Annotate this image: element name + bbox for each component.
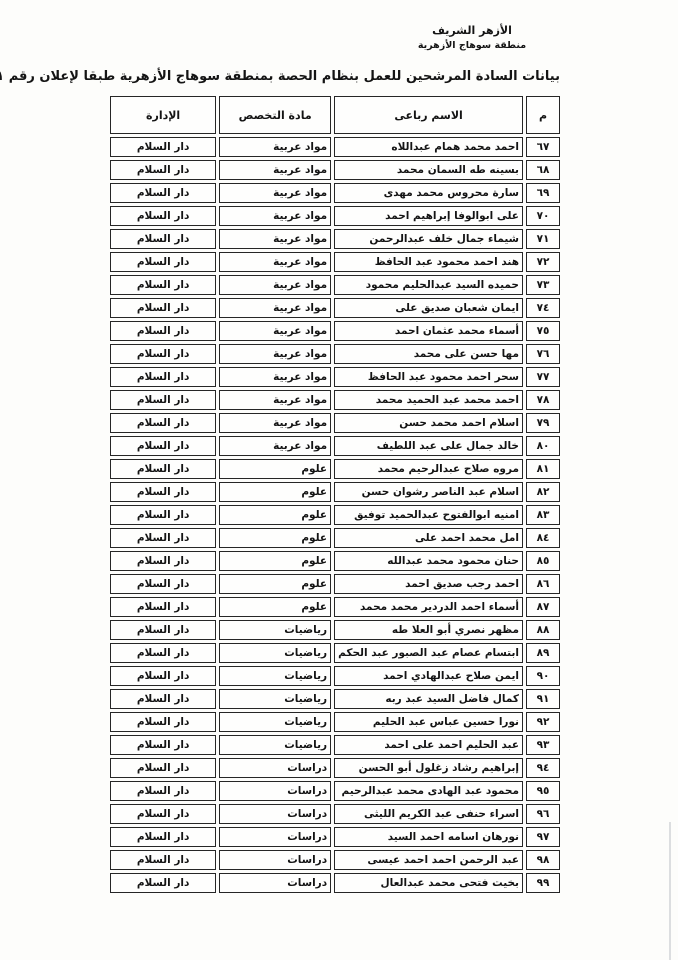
cell-administration: دار السلام (110, 413, 216, 433)
document-title: بيانات السادة المرشحين للعمل بنظام الحصة… (0, 69, 560, 84)
letterhead: الأزهر الشريف منطقة سوهاج الأزهرية (412, 24, 532, 51)
cell-row-number: ٩٧ (526, 827, 560, 847)
cell-specialization-subject: علوم (219, 574, 331, 594)
table-row: ٧١ شيماء جمال خلف عبدالرحمن مواد عربية د… (110, 229, 560, 249)
cell-candidate-name: نورهان اسامه احمد السيد (334, 827, 523, 847)
cell-candidate-name: هند احمد محمود عبد الحافظ (334, 252, 523, 272)
cell-row-number: ٩٨ (526, 850, 560, 870)
cell-administration: دار السلام (110, 275, 216, 295)
cell-candidate-name: بسينه طه السمان محمد (334, 160, 523, 180)
table-row: ٧٠ على ابوالوفا إبراهيم احمد مواد عربية … (110, 206, 560, 226)
cell-administration: دار السلام (110, 367, 216, 387)
cell-specialization-subject: دراسات (219, 827, 331, 847)
table-row: ٨٥ حنان محمود محمد عبدالله علوم دار السل… (110, 551, 560, 571)
cell-row-number: ٨٢ (526, 482, 560, 502)
cell-row-number: ٨٧ (526, 597, 560, 617)
cell-candidate-name: اسلام عبد الناصر رشوان حسن (334, 482, 523, 502)
table-row: ٩٨ عبد الرحمن احمد احمد عيسى دراسات دار … (110, 850, 560, 870)
table-row: ٧٣ حميده السيد عبدالحليم محمود مواد عربي… (110, 275, 560, 295)
cell-row-number: ٩١ (526, 689, 560, 709)
cell-row-number: ٨٦ (526, 574, 560, 594)
cell-specialization-subject: مواد عربية (219, 137, 331, 157)
cell-candidate-name: ايمن صلاح عبدالهادي احمد (334, 666, 523, 686)
cell-candidate-name: محمود عبد الهادى محمد عبدالرحيم (334, 781, 523, 801)
table-row: ٩١ كمال فاضل السيد عبد ربه رياضيات دار ا… (110, 689, 560, 709)
cell-specialization-subject: مواد عربية (219, 252, 331, 272)
cell-candidate-name: شيماء جمال خلف عبدالرحمن (334, 229, 523, 249)
cell-candidate-name: احمد محمد عبد الحميد محمد (334, 390, 523, 410)
cell-row-number: ٧٦ (526, 344, 560, 364)
cell-specialization-subject: مواد عربية (219, 298, 331, 318)
table-row: ٨٣ امنيه ابوالفتوح عبدالحميد توفيق علوم … (110, 505, 560, 525)
cell-row-number: ٨٨ (526, 620, 560, 640)
cell-specialization-subject: دراسات (219, 804, 331, 824)
cell-row-number: ٧٧ (526, 367, 560, 387)
cell-candidate-name: أسماء محمد عثمان احمد (334, 321, 523, 341)
cell-administration: دار السلام (110, 689, 216, 709)
cell-candidate-name: سحر احمد محمود عبد الحافظ (334, 367, 523, 387)
cell-row-number: ٧٥ (526, 321, 560, 341)
cell-administration: دار السلام (110, 344, 216, 364)
cell-candidate-name: أسماء احمد الدردير محمد محمد (334, 597, 523, 617)
table-header: م الاسم رباعى مادة التخصص الإدارة (110, 96, 560, 134)
cell-candidate-name: كمال فاضل السيد عبد ربه (334, 689, 523, 709)
cell-specialization-subject: دراسات (219, 758, 331, 778)
cell-row-number: ٩٠ (526, 666, 560, 686)
cell-administration: دار السلام (110, 482, 216, 502)
cell-candidate-name: حميده السيد عبدالحليم محمود (334, 275, 523, 295)
table-row: ٩٧ نورهان اسامه احمد السيد دراسات دار ال… (110, 827, 560, 847)
cell-specialization-subject: علوم (219, 505, 331, 525)
cell-administration: دار السلام (110, 252, 216, 272)
cell-specialization-subject: رياضيات (219, 735, 331, 755)
cell-administration: دار السلام (110, 781, 216, 801)
cell-row-number: ٨٤ (526, 528, 560, 548)
table-row: ٧٩ اسلام احمد محمد حسن مواد عربية دار ال… (110, 413, 560, 433)
scanned-document-page: الأزهر الشريف منطقة سوهاج الأزهرية بيانا… (0, 0, 678, 960)
cell-specialization-subject: دراسات (219, 873, 331, 893)
cell-candidate-name: عبد الحليم احمد على احمد (334, 735, 523, 755)
cell-candidate-name: مروه صلاح عبدالرحيم محمد (334, 459, 523, 479)
cell-row-number: ٩٤ (526, 758, 560, 778)
cell-candidate-name: امل محمد احمد على (334, 528, 523, 548)
table-row: ٩٠ ايمن صلاح عبدالهادي احمد رياضيات دار … (110, 666, 560, 686)
cell-candidate-name: احمد محمد همام عبداللاه (334, 137, 523, 157)
cell-specialization-subject: مواد عربية (219, 206, 331, 226)
table-row: ٨٢ اسلام عبد الناصر رشوان حسن علوم دار ا… (110, 482, 560, 502)
table-row: ٨٦ احمد رجب صديق احمد علوم دار السلام (110, 574, 560, 594)
cell-specialization-subject: رياضيات (219, 666, 331, 686)
cell-administration: دار السلام (110, 850, 216, 870)
column-header-name: الاسم رباعى (334, 96, 523, 134)
table-row: ٧٤ ايمان شعبان صديق على مواد عربية دار ا… (110, 298, 560, 318)
cell-specialization-subject: مواد عربية (219, 321, 331, 341)
table-row: ٧٥ أسماء محمد عثمان احمد مواد عربية دار … (110, 321, 560, 341)
table-row: ٨٤ امل محمد احمد على علوم دار السلام (110, 528, 560, 548)
cell-administration: دار السلام (110, 758, 216, 778)
column-header-number: م (526, 96, 560, 134)
cell-candidate-name: نورا حسين عباس عبد الحليم (334, 712, 523, 732)
candidates-table: م الاسم رباعى مادة التخصص الإدارة ٦٧ احم… (107, 93, 563, 896)
cell-row-number: ٩٢ (526, 712, 560, 732)
column-header-administration: الإدارة (110, 96, 216, 134)
cell-administration: دار السلام (110, 712, 216, 732)
cell-administration: دار السلام (110, 137, 216, 157)
cell-administration: دار السلام (110, 321, 216, 341)
cell-administration: دار السلام (110, 505, 216, 525)
cell-specialization-subject: علوم (219, 551, 331, 571)
cell-administration: دار السلام (110, 574, 216, 594)
cell-administration: دار السلام (110, 827, 216, 847)
cell-row-number: ٧٤ (526, 298, 560, 318)
cell-row-number: ٨٩ (526, 643, 560, 663)
cell-specialization-subject: مواد عربية (219, 413, 331, 433)
region-name: منطقة سوهاج الأزهرية (412, 40, 532, 51)
cell-specialization-subject: مواد عربية (219, 275, 331, 295)
cell-row-number: ٩٣ (526, 735, 560, 755)
table-row: ٨٧ أسماء احمد الدردير محمد محمد علوم دار… (110, 597, 560, 617)
cell-candidate-name: عبد الرحمن احمد احمد عيسى (334, 850, 523, 870)
cell-candidate-name: سارة محروس محمد مهدى (334, 183, 523, 203)
cell-specialization-subject: مواد عربية (219, 436, 331, 456)
table-row: ٩٩ بخيت فتحى محمد عبدالعال دراسات دار ال… (110, 873, 560, 893)
cell-specialization-subject: رياضيات (219, 643, 331, 663)
cell-administration: دار السلام (110, 459, 216, 479)
table-row: ٩٦ اسراء حنفى عبد الكريم الليثى دراسات د… (110, 804, 560, 824)
cell-administration: دار السلام (110, 183, 216, 203)
cell-row-number: ٨١ (526, 459, 560, 479)
cell-row-number: ٧١ (526, 229, 560, 249)
cell-candidate-name: ابتسام عصام عبد الصبور عبد الحكم (334, 643, 523, 663)
scan-page-edge (669, 822, 671, 960)
cell-specialization-subject: رياضيات (219, 712, 331, 732)
cell-specialization-subject: دراسات (219, 781, 331, 801)
cell-administration: دار السلام (110, 804, 216, 824)
cell-specialization-subject: علوم (219, 482, 331, 502)
cell-administration: دار السلام (110, 666, 216, 686)
cell-administration: دار السلام (110, 643, 216, 663)
cell-specialization-subject: مواد عربية (219, 344, 331, 364)
cell-row-number: ٩٥ (526, 781, 560, 801)
table-row: ٩٣ عبد الحليم احمد على احمد رياضيات دار … (110, 735, 560, 755)
cell-administration: دار السلام (110, 298, 216, 318)
cell-row-number: ٨٣ (526, 505, 560, 525)
cell-candidate-name: اسراء حنفى عبد الكريم الليثى (334, 804, 523, 824)
table-row: ٦٧ احمد محمد همام عبداللاه مواد عربية دا… (110, 137, 560, 157)
cell-candidate-name: ايمان شعبان صديق على (334, 298, 523, 318)
table-row: ٧٨ احمد محمد عبد الحميد محمد مواد عربية … (110, 390, 560, 410)
table-row: ٨٨ مظهر نصري أبو العلا طه رياضيات دار ال… (110, 620, 560, 640)
cell-specialization-subject: مواد عربية (219, 183, 331, 203)
cell-administration: دار السلام (110, 873, 216, 893)
cell-administration: دار السلام (110, 735, 216, 755)
cell-row-number: ٧٢ (526, 252, 560, 272)
cell-row-number: ٦٨ (526, 160, 560, 180)
cell-specialization-subject: مواد عربية (219, 160, 331, 180)
cell-administration: دار السلام (110, 597, 216, 617)
table-row: ٨٩ ابتسام عصام عبد الصبور عبد الحكم رياض… (110, 643, 560, 663)
cell-candidate-name: مها حسن على محمد (334, 344, 523, 364)
cell-specialization-subject: علوم (219, 597, 331, 617)
cell-candidate-name: مظهر نصري أبو العلا طه (334, 620, 523, 640)
cell-candidate-name: امنيه ابوالفتوح عبدالحميد توفيق (334, 505, 523, 525)
table-row: ٦٨ بسينه طه السمان محمد مواد عربية دار ا… (110, 160, 560, 180)
cell-candidate-name: بخيت فتحى محمد عبدالعال (334, 873, 523, 893)
cell-administration: دار السلام (110, 551, 216, 571)
cell-row-number: ٨٠ (526, 436, 560, 456)
cell-administration: دار السلام (110, 390, 216, 410)
cell-candidate-name: احمد رجب صديق احمد (334, 574, 523, 594)
cell-specialization-subject: رياضيات (219, 689, 331, 709)
cell-row-number: ٦٧ (526, 137, 560, 157)
cell-candidate-name: على ابوالوفا إبراهيم احمد (334, 206, 523, 226)
organization-name: الأزهر الشريف (412, 24, 532, 37)
cell-candidate-name: إبراهيم رشاد زغلول أبو الحسن (334, 758, 523, 778)
cell-administration: دار السلام (110, 229, 216, 249)
cell-candidate-name: حنان محمود محمد عبدالله (334, 551, 523, 571)
cell-specialization-subject: رياضيات (219, 620, 331, 640)
cell-row-number: ٩٦ (526, 804, 560, 824)
cell-administration: دار السلام (110, 206, 216, 226)
cell-specialization-subject: علوم (219, 459, 331, 479)
cell-row-number: ٧٩ (526, 413, 560, 433)
cell-candidate-name: خالد جمال على عبد اللطيف (334, 436, 523, 456)
table-body: ٦٧ احمد محمد همام عبداللاه مواد عربية دا… (110, 137, 560, 893)
cell-administration: دار السلام (110, 620, 216, 640)
table-row: ٩٥ محمود عبد الهادى محمد عبدالرحيم دراسا… (110, 781, 560, 801)
cell-specialization-subject: مواد عربية (219, 367, 331, 387)
cell-row-number: ٧٨ (526, 390, 560, 410)
table-row: ٦٩ سارة محروس محمد مهدى مواد عربية دار ا… (110, 183, 560, 203)
table-row: ٩٤ إبراهيم رشاد زغلول أبو الحسن دراسات د… (110, 758, 560, 778)
table-row: ٧٢ هند احمد محمود عبد الحافظ مواد عربية … (110, 252, 560, 272)
cell-administration: دار السلام (110, 528, 216, 548)
cell-row-number: ٧٠ (526, 206, 560, 226)
cell-row-number: ٩٩ (526, 873, 560, 893)
column-header-subject: مادة التخصص (219, 96, 331, 134)
cell-administration: دار السلام (110, 436, 216, 456)
table-row: ٧٦ مها حسن على محمد مواد عربية دار السلا… (110, 344, 560, 364)
cell-candidate-name: اسلام احمد محمد حسن (334, 413, 523, 433)
cell-row-number: ٦٩ (526, 183, 560, 203)
cell-specialization-subject: علوم (219, 528, 331, 548)
table-row: ٨٠ خالد جمال على عبد اللطيف مواد عربية د… (110, 436, 560, 456)
table-row: ٨١ مروه صلاح عبدالرحيم محمد علوم دار الس… (110, 459, 560, 479)
cell-row-number: ٧٣ (526, 275, 560, 295)
cell-administration: دار السلام (110, 160, 216, 180)
table-row: ٧٧ سحر احمد محمود عبد الحافظ مواد عربية … (110, 367, 560, 387)
cell-row-number: ٨٥ (526, 551, 560, 571)
header-row: م الاسم رباعى مادة التخصص الإدارة (110, 96, 560, 134)
cell-specialization-subject: دراسات (219, 850, 331, 870)
table-row: ٩٢ نورا حسين عباس عبد الحليم رياضيات دار… (110, 712, 560, 732)
cell-specialization-subject: مواد عربية (219, 229, 331, 249)
cell-specialization-subject: مواد عربية (219, 390, 331, 410)
